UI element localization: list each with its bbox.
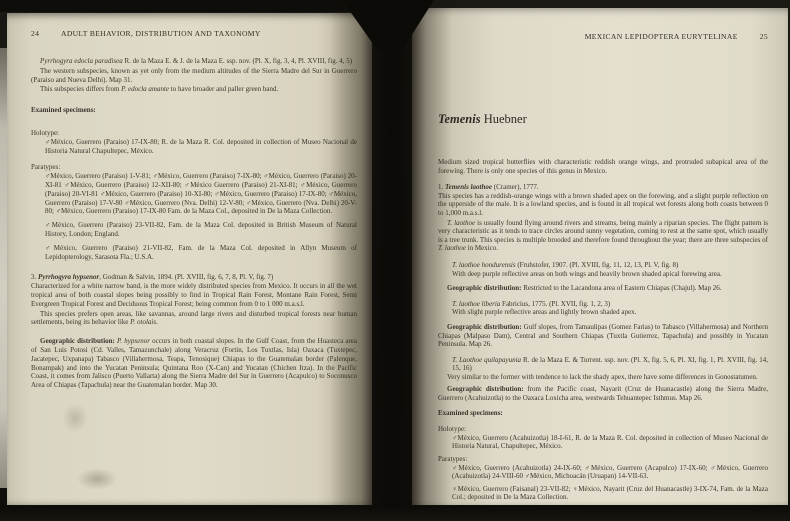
examined-specimens-label-left: Examined specimens:	[31, 106, 357, 115]
paragraph-geo-quilapayunia: Geographic distribution: from the Pacifi…	[438, 385, 768, 402]
species-name-paradisea: Pyrrhogyra edocla paradisea	[40, 57, 123, 65]
species-heading-hypsenor: 3. Pyrrhogyra hypsenor, Godman & Salvin,…	[31, 273, 357, 282]
subspecies-authors-hondurensis: (Fruhstofer, 1907. (Pl. XVIII, fig. 11, …	[516, 261, 679, 269]
habits-text-1: is usually found flying around rivers an…	[438, 219, 768, 244]
subspecies-heading-hondurensis: T. laothoe hondurensis (Fruhstofer, 1907…	[452, 261, 768, 270]
paratypes-label-right: Paratypes:	[438, 455, 768, 464]
right-page-text-column: Medium sized tropical butterflies with c…	[438, 158, 768, 519]
genus-author: Huebner	[481, 112, 527, 126]
examined-specimens-label-right: Examined specimens:	[438, 409, 768, 418]
differs-taxon-italic: P. edocla amante	[121, 85, 169, 93]
running-head-right-title: MEXICAN LEPIDOPTERA EURYTELINAE	[585, 32, 738, 41]
subspecies-name-hondurensis: T. laothoe hondurensis	[452, 261, 516, 269]
paragraph-genus-intro: Medium sized tropical butterflies with c…	[438, 158, 768, 175]
genus-name: Temenis	[438, 112, 481, 126]
paragraph-differs: This subspecies differs from P. edocla a…	[31, 85, 357, 94]
holotype-label-right: Holotype:	[438, 425, 768, 434]
subspecies-authors-liberia: Fabricius, 1775. (Pl. XVII, fig. 1, 2, 3…	[500, 300, 610, 308]
page-right: MEXICAN LEPIDOPTERA EURYTELINAE25 Temeni…	[412, 8, 788, 505]
paragraph-liberia-diagnosis: With slight purple reflective areas and …	[452, 308, 768, 317]
book-scan: 24ADULT BEHAVIOR, DISTRIBUTION AND TAXON…	[0, 0, 790, 521]
species-number-hypsenor: 3.	[31, 273, 38, 281]
geo-text-hondurensis: Restricted to the Lacandona area of East…	[521, 284, 721, 292]
holotype-label-left: Holotype:	[31, 129, 357, 138]
habits-taxon-italic-1: T. laothoe	[447, 219, 475, 227]
paragraph-hondurensis-diagnosis: With deep purple reflective areas on bot…	[452, 270, 768, 279]
paratype-entry-left-2: ♂México, Guerrero (Paraiso) 23-VII-82, F…	[45, 221, 357, 239]
running-head-left-title: ADULT BEHAVIOR, DISTRIBUTION AND TAXONOM…	[61, 29, 261, 38]
species-name-laothoe: Temenis laothoe	[445, 183, 492, 191]
page-number-right: 25	[760, 32, 768, 41]
geo-label-liberia: Geographic distribution:	[447, 323, 522, 331]
scan-bottom-shadow	[0, 506, 790, 521]
paragraph-geo-liberia: Geographic distribution: Gulf slopes, fr…	[438, 323, 768, 349]
species-number-laothoe: 1.	[438, 183, 445, 191]
scan-smudge	[62, 403, 88, 433]
genus-heading: Temenis Huebner	[438, 112, 527, 127]
species-authors-paradisea: R. de la Maza E. & J. de la Maza E. ssp.…	[123, 57, 352, 65]
left-page-text-column: Pyrrhogyra edocla paradisea R. de la Maz…	[31, 57, 357, 390]
geo-label-quilapayunia: Geographic distribution:	[447, 385, 524, 393]
subspecies-name-liberia: T. laothoe liberia	[452, 300, 500, 308]
geo-taxon-italic-left: P. hypsenor	[115, 337, 150, 345]
running-head-left: 24ADULT BEHAVIOR, DISTRIBUTION AND TAXON…	[31, 29, 261, 38]
species-heading-laothoe: 1. Temenis laothoe (Cramer), 1777.	[438, 183, 768, 192]
paragraph-quilapayunia-diagnosis: Very similar to the former with tendence…	[438, 373, 768, 382]
paragraph-western-subspecies: The western subspecies, known as yet onl…	[31, 67, 357, 85]
behavior-text-1: This species prefers open areas, like sa…	[31, 310, 357, 327]
scan-top-shadow	[0, 0, 420, 12]
habits-taxon-italic-2: T. laothoe	[438, 244, 466, 252]
paragraph-hypsenor-behavior: This species prefers open areas, like sa…	[31, 310, 357, 328]
subspecies-heading-quilapayunia: T. Laothoe quilapayunia R. de la Maza E.…	[452, 356, 768, 373]
page-left: 24ADULT BEHAVIOR, DISTRIBUTION AND TAXON…	[7, 13, 372, 505]
holotype-entry-right: ♂México, Guerrero (Acahuizotla) 18-I-61,…	[452, 434, 768, 451]
geo-distribution-label-left: Geographic distribution:	[40, 337, 115, 345]
differs-text-1: This subspecies differs from	[40, 85, 121, 93]
paragraph-hypsenor-description: Characterized for a white narrow band, i…	[31, 282, 357, 308]
paratypes-label-left: Paratypes:	[31, 163, 357, 172]
species-name-hypsenor: Pyrrhogyra hypsenor	[38, 273, 99, 281]
subspecies-name-quilapayunia: T. Laothoe quilapayunia	[452, 356, 521, 364]
holotype-entry-left: ♂México, Guerrero (Paraiso) 17-IX-80; R.…	[45, 138, 357, 156]
paratype-entry-right-2: ♀México, Guerrero (Faisanal) 23-VII-82; …	[452, 485, 768, 502]
paragraph-laothoe-habits: T. laothoe is usually found flying aroun…	[438, 219, 768, 253]
paratype-entry-left-1: ♂México, Guerrero (Paraiso) 1-V-81; ♂Méx…	[45, 172, 357, 216]
behavior-taxon-italic: P. otolais	[130, 318, 156, 326]
subspecies-heading-liberia: T. laothoe liberia Fabricius, 1775. (Pl.…	[452, 300, 768, 309]
paratype-entry-left-3: ♂México, Guerrero (Paraiso) 21-VII-82, F…	[45, 244, 357, 262]
paragraph-laothoe-description: This species has a reddish-orange wings …	[438, 192, 768, 218]
page-number-left: 24	[31, 29, 61, 38]
scan-smudge	[77, 468, 117, 490]
differs-text-2: to have broader and paller green band.	[169, 85, 278, 93]
geo-label-hondurensis: Geographic distribution:	[447, 284, 521, 292]
running-head-right: MEXICAN LEPIDOPTERA EURYTELINAE25	[585, 32, 768, 41]
species-heading-paradisea: Pyrrhogyra edocla paradisea R. de la Maz…	[31, 57, 357, 66]
behavior-text-2: .	[156, 318, 158, 326]
habits-text-2: in Mexico.	[466, 244, 498, 252]
species-authors-laothoe: (Cramer), 1777.	[492, 183, 539, 191]
paragraph-geo-hondurensis: Geographic distribution: Restricted to t…	[438, 284, 768, 293]
paragraph-geographic-distribution-left: Geographic distribution: P. hypsenor occ…	[31, 337, 357, 390]
paratype-entry-right-1: ♂México, Guerrero (Acahuizotla) 24-IX-60…	[452, 464, 768, 481]
species-authors-hypsenor: , Godman & Salvin, 1894. (Pl. XVIII, fig…	[99, 273, 273, 281]
